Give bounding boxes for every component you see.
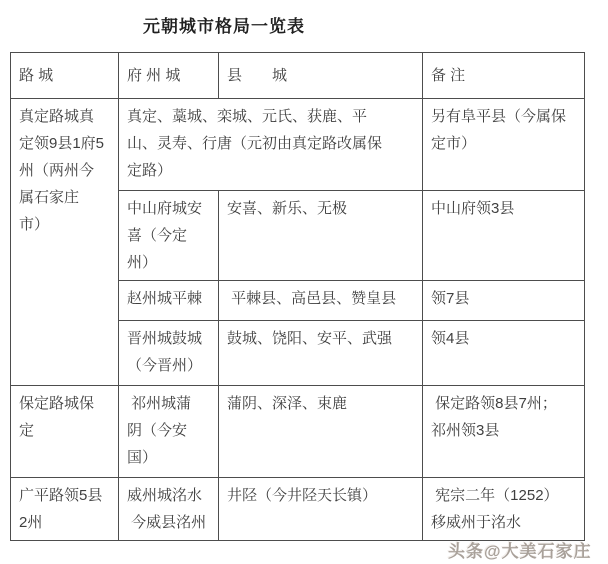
- cell-zhaozhou-counties: 平棘县、高邑县、赞皇县: [219, 281, 423, 321]
- toutiao-watermark: 头条@大美石家庄: [448, 537, 592, 562]
- cell-baoding-remark: 保定路领8县7州； 祁州领3县: [423, 386, 585, 478]
- cell-guangping-road-city: 广平路领5县 2州: [11, 478, 119, 541]
- cell-guangping-remark: 宪宗二年（1252） 移威州于洺水: [423, 478, 585, 541]
- table-header-row: 路 城 府 州 城 县 城 备 注: [11, 53, 585, 99]
- cell-jinzhou-prefecture: 晋州城鼓城 （今晋州）: [119, 321, 219, 386]
- table-row: 广平路领5县 2州 威州城洺水 今威县洺州 井陉（今井陉天长镇） 宪宗二年（12…: [11, 478, 585, 541]
- table-row: 保定路城保 定 祁州城蒲 阴（今安 国） 蒲阴、深泽、束鹿 保定路领8县7州； …: [11, 386, 585, 478]
- cell-qizhou-counties: 蒲阴、深泽、束鹿: [219, 386, 423, 478]
- cell-baoding-road-city: 保定路城保 定: [11, 386, 119, 478]
- header-cell-road-city: 路 城: [11, 53, 119, 99]
- cell-zhongshan-prefecture: 中山府城安 喜（今定 州）: [119, 191, 219, 281]
- cell-zhongshan-remark: 中山府领3县: [423, 191, 585, 281]
- cell-weizhou-prefecture: 威州城洺水 今威县洺州: [119, 478, 219, 541]
- header-cell-remarks: 备 注: [423, 53, 585, 99]
- page-title: 元朝城市格局一览表: [143, 12, 305, 37]
- document-page: 元朝城市格局一览表 路 城 府 州 城 县 城 备 注 真定路城真 定领9县1府…: [0, 0, 608, 564]
- cell-zhending-road-city: 真定路城真 定领9县1府5 州（两州今 属石家庄 市）: [11, 99, 119, 386]
- cell-zhending-remark: 另有阜平县（今属保 定市）: [423, 99, 585, 191]
- cell-zhaozhou-remark: 领7县: [423, 281, 585, 321]
- cell-zhending-counties-merged: 真定、藁城、栾城、元氏、获鹿、平 山、灵寿、行唐（元初由真定路改属保 定路）: [119, 99, 423, 191]
- yuan-dynasty-city-table: 路 城 府 州 城 县 城 备 注 真定路城真 定领9县1府5 州（两州今 属石…: [10, 52, 585, 541]
- cell-qizhou-prefecture: 祁州城蒲 阴（今安 国）: [119, 386, 219, 478]
- cell-zhaozhou-prefecture: 赵州城平棘: [119, 281, 219, 321]
- cell-zhongshan-counties: 安喜、新乐、无极: [219, 191, 423, 281]
- header-cell-prefecture-city: 府 州 城: [119, 53, 219, 99]
- cell-jinzhou-remark: 领4县: [423, 321, 585, 386]
- cell-jinzhou-counties: 鼓城、饶阳、安平、武强: [219, 321, 423, 386]
- header-cell-county-city: 县 城: [219, 53, 423, 99]
- table-row: 真定路城真 定领9县1府5 州（两州今 属石家庄 市） 真定、藁城、栾城、元氏、…: [11, 99, 585, 191]
- cell-weizhou-counties: 井陉（今井陉天长镇）: [219, 478, 423, 541]
